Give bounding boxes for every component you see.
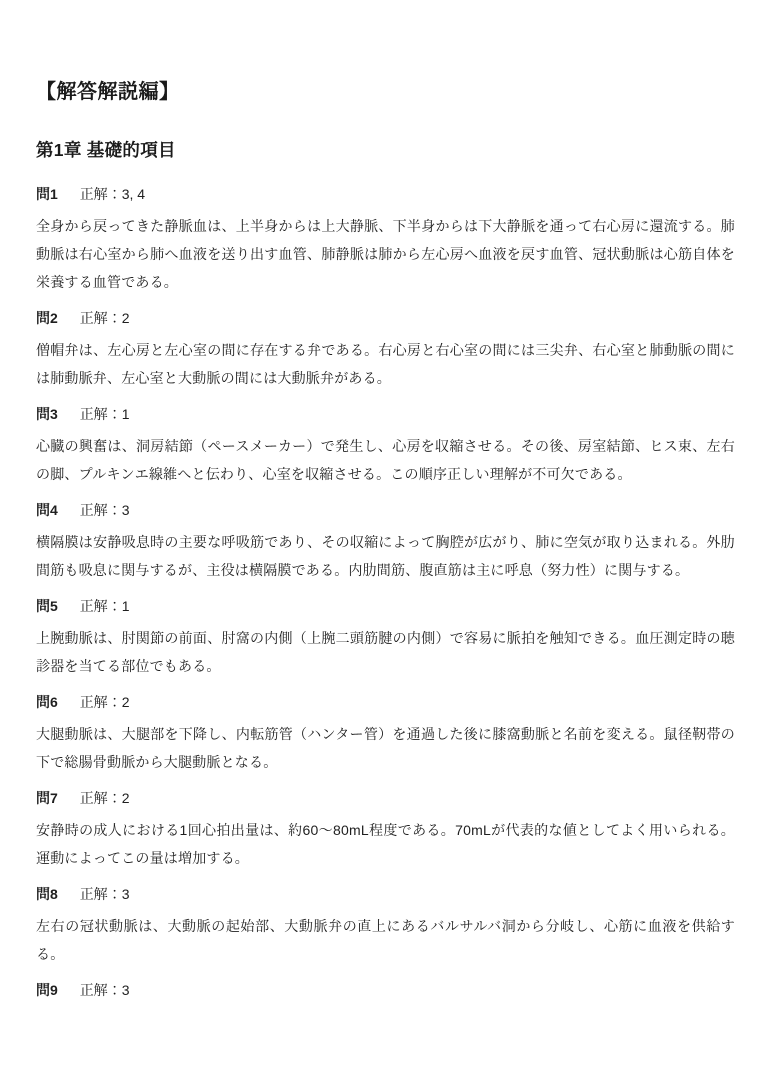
question-header: 問4 正解：3 [36,500,735,520]
question-number: 問2 [36,310,58,326]
answer-value: 2 [122,790,130,806]
question-answer: 正解：2 [80,790,130,806]
question-number: 問9 [36,982,58,998]
answer-prefix-label: 正解： [80,502,122,518]
question-block-8: 問8 正解：3 左右の冠状動脈は、大動脈の起始部、大動脈弁の直上にあるバルサルバ… [36,884,735,968]
answer-value: 2 [122,310,130,326]
question-answer: 正解：1 [80,406,130,422]
question-explanation: 心臓の興奮は、洞房結節（ペースメーカー）で発生し、心房を収縮させる。その後、房室… [36,432,735,488]
answer-value: 2 [122,694,130,710]
question-header: 問9 正解：3 [36,980,735,1000]
question-answer: 正解：1 [80,598,130,614]
question-explanation: 上腕動脈は、肘関節の前面、肘窩の内側（上腕二頭筋腱の内側）で容易に脈拍を触知でき… [36,624,735,680]
answer-prefix-label: 正解： [80,886,122,902]
question-header: 問2 正解：2 [36,308,735,328]
question-block-9: 問9 正解：3 [36,980,735,1000]
question-explanation: 横隔膜は安静吸息時の主要な呼吸筋であり、その収縮によって胸腔が広がり、肺に空気が… [36,528,735,584]
question-answer: 正解：3, 4 [80,186,145,202]
question-number: 問3 [36,406,58,422]
question-number: 問7 [36,790,58,806]
question-header: 問3 正解：1 [36,404,735,424]
question-answer: 正解：2 [80,310,130,326]
question-block-1: 問1 正解：3, 4 全身から戻ってきた静脈血は、上半身からは上大静脈、下半身か… [36,184,735,296]
answer-prefix-label: 正解： [80,694,122,710]
answer-value: 3 [122,982,130,998]
answer-value: 1 [122,406,130,422]
question-explanation: 全身から戻ってきた静脈血は、上半身からは上大静脈、下半身からは下大静脈を通って右… [36,212,735,296]
question-answer: 正解：3 [80,502,130,518]
question-header: 問7 正解：2 [36,788,735,808]
question-header: 問6 正解：2 [36,692,735,712]
question-number: 問8 [36,886,58,902]
document-page: 【解答解説編】 第1章 基礎的項目 問1 正解：3, 4 全身から戻ってきた静脈… [0,0,771,1080]
answer-value: 3, 4 [122,186,145,202]
question-block-5: 問5 正解：1 上腕動脈は、肘関節の前面、肘窩の内側（上腕二頭筋腱の内側）で容易… [36,596,735,680]
question-block-2: 問2 正解：2 僧帽弁は、左心房と左心室の間に存在する弁である。右心房と右心室の… [36,308,735,392]
answer-prefix-label: 正解： [80,406,122,422]
question-header: 問1 正解：3, 4 [36,184,735,204]
answer-prefix-label: 正解： [80,790,122,806]
question-explanation: 安静時の成人における1回心拍出量は、約60～80mL程度である。70mLが代表的… [36,816,735,872]
answer-prefix-label: 正解： [80,310,122,326]
question-explanation: 左右の冠状動脈は、大動脈の起始部、大動脈弁の直上にあるバルサルバ洞から分岐し、心… [36,912,735,968]
answer-prefix-label: 正解： [80,186,122,202]
question-header: 問5 正解：1 [36,596,735,616]
question-header: 問8 正解：3 [36,884,735,904]
chapter-title: 第1章 基礎的項目 [36,138,735,162]
question-number: 問1 [36,186,58,202]
question-block-6: 問6 正解：2 大腿動脈は、大腿部を下降し、内転筋管（ハンター管）を通過した後に… [36,692,735,776]
question-answer: 正解：2 [80,694,130,710]
question-block-3: 問3 正解：1 心臓の興奮は、洞房結節（ペースメーカー）で発生し、心房を収縮させ… [36,404,735,488]
question-explanation: 大腿動脈は、大腿部を下降し、内転筋管（ハンター管）を通過した後に膝窩動脈と名前を… [36,720,735,776]
question-number: 問4 [36,502,58,518]
answer-prefix-label: 正解： [80,598,122,614]
question-number: 問5 [36,598,58,614]
question-answer: 正解：3 [80,886,130,902]
answer-prefix-label: 正解： [80,982,122,998]
section-title: 【解答解説編】 [36,78,735,106]
question-block-7: 問7 正解：2 安静時の成人における1回心拍出量は、約60～80mL程度である。… [36,788,735,872]
answer-value: 3 [122,502,130,518]
answer-value: 1 [122,598,130,614]
question-explanation: 僧帽弁は、左心房と左心室の間に存在する弁である。右心房と右心室の間には三尖弁、右… [36,336,735,392]
question-block-4: 問4 正解：3 横隔膜は安静吸息時の主要な呼吸筋であり、その収縮によって胸腔が広… [36,500,735,584]
answer-value: 3 [122,886,130,902]
question-answer: 正解：3 [80,982,130,998]
question-number: 問6 [36,694,58,710]
